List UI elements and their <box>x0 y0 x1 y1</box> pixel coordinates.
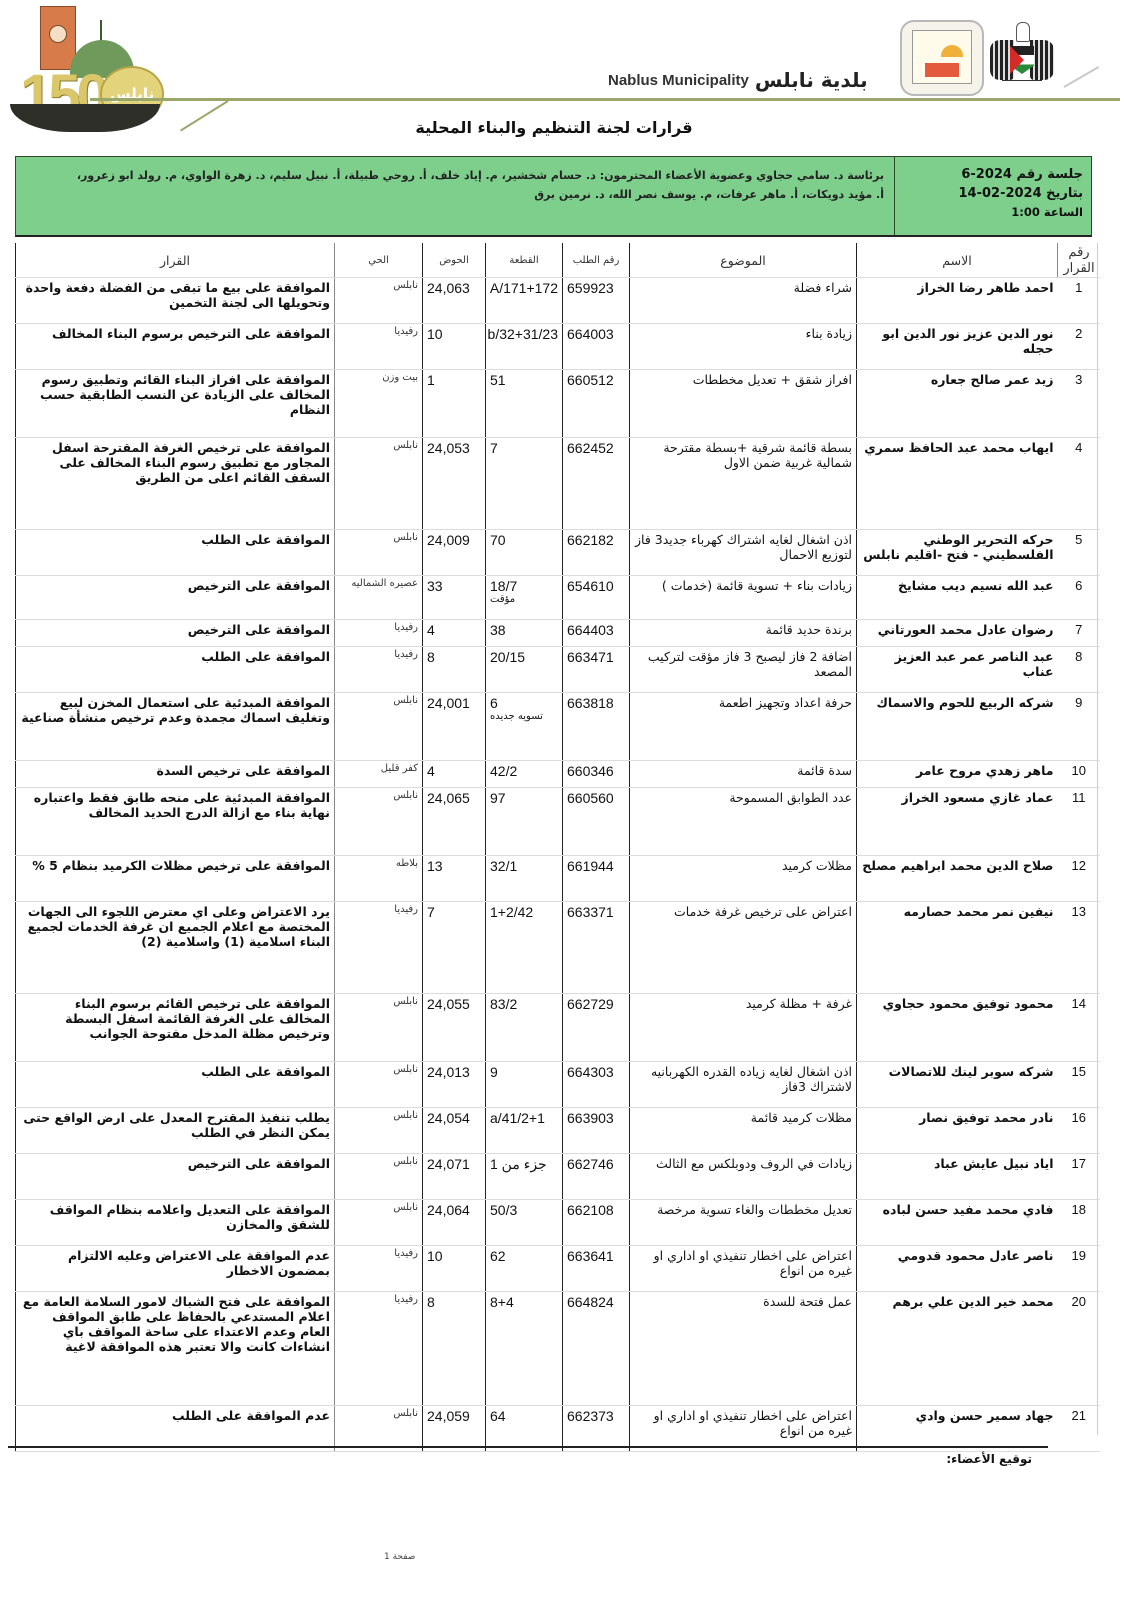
district: نابلس <box>335 1406 423 1452</box>
decision-text: الموافقة على التعديل واعلامه بنظام الموا… <box>16 1200 335 1246</box>
table-row: 3 زيد عمر صالح جعاره افراز شقق + تعديل م… <box>16 370 1101 438</box>
district: نابلس <box>335 788 423 856</box>
table-row: 2 نور الدين عزيز نور الدين ابو حجله زياد… <box>16 324 1101 370</box>
district: نابلس <box>335 530 423 576</box>
decision-number: 6 <box>1058 576 1101 620</box>
decision-text: الموافقة على الترخيص <box>16 1154 335 1200</box>
decision-text: الموافقة على ترخيص السدة <box>16 761 335 788</box>
request-number: 662729 <box>563 994 630 1062</box>
basin: 24,063 <box>423 278 486 324</box>
request-number: 659923 <box>563 278 630 324</box>
request-number: 664303 <box>563 1062 630 1108</box>
decision-text: الموافقة على الترخيص برسوم البناء المخال… <box>16 324 335 370</box>
plot: 7 <box>486 438 563 530</box>
applicant-name: احمد طاهر رضا الخراز <box>857 278 1058 324</box>
applicant-name: نيفين نمر محمد حصارمه <box>857 902 1058 994</box>
plot: a/41/2+1 <box>486 1108 563 1154</box>
plot: 51 <box>486 370 563 438</box>
decision-number: 10 <box>1058 761 1101 788</box>
basin: 13 <box>423 856 486 902</box>
applicant-name: شركه الربيع للحوم والاسماك <box>857 693 1058 761</box>
plot: 62 <box>486 1246 563 1292</box>
subject: زيادات في الروف ودوبلكس مع الثالث <box>630 1154 857 1200</box>
table-row: 12 صلاح الدين محمد ابراهيم مصلح مظلات كر… <box>16 856 1101 902</box>
basin: 24,071 <box>423 1154 486 1200</box>
basin: 24,009 <box>423 530 486 576</box>
applicant-name: جهاد سمير حسن وادي <box>857 1406 1058 1452</box>
basin: 24,001 <box>423 693 486 761</box>
applicant-name: صلاح الدين محمد ابراهيم مصلح <box>857 856 1058 902</box>
request-number: 663818 <box>563 693 630 761</box>
applicant-name: عماد غازي مسعود الخراز <box>857 788 1058 856</box>
district: نابلس <box>335 994 423 1062</box>
anniversary-150-logo: 150 نابلس <box>4 4 164 134</box>
session-members: برئاسة د. سامي حجاوي وعضوية الأعضاء المح… <box>16 157 894 235</box>
subject: اذن اشغال لغايه زياده القدره الكهربانيه … <box>630 1062 857 1108</box>
plot: 32/1 <box>486 856 563 902</box>
subject: غرفة + مظلة كرميد <box>630 994 857 1062</box>
decision-number: 8 <box>1058 647 1101 693</box>
table-body: 1 احمد طاهر رضا الخراز شراء فضلة 659923 … <box>16 278 1101 1452</box>
table-row: 14 محمود توفيق محمود حجاوي غرفة + مظلة ك… <box>16 994 1101 1062</box>
subject: زيادة بناء <box>630 324 857 370</box>
decision-number: 21 <box>1058 1406 1101 1452</box>
col-header-num: رقم القرار <box>1058 243 1101 278</box>
plot: 18/7مؤقت <box>486 576 563 620</box>
decisions-table: رقم القرار الاسم الموضوع رقم الطلب القطع… <box>15 243 1100 1452</box>
decision-number: 13 <box>1058 902 1101 994</box>
subject: اذن اشغال لغايه اشتراك كهرباء جديد3 فاز … <box>630 530 857 576</box>
col-header-name: الاسم <box>857 243 1058 278</box>
subject: مظلات كرميد <box>630 856 857 902</box>
plot: 42/2 <box>486 761 563 788</box>
decision-number: 20 <box>1058 1292 1101 1406</box>
request-number: 663471 <box>563 647 630 693</box>
decision-text: الموافقة على فتح الشباك لامور السلامة ال… <box>16 1292 335 1406</box>
table-row: 6 عبد الله نسيم ديب مشايخ زيادات بناء + … <box>16 576 1101 620</box>
subject: بسطة قائمة شرقية +بسطة مقترحة شمالية غرب… <box>630 438 857 530</box>
request-number: 660346 <box>563 761 630 788</box>
plot: 20/15 <box>486 647 563 693</box>
plot: 64 <box>486 1406 563 1452</box>
palestine-eagle-emblem-icon <box>986 18 1058 90</box>
decision-text: الموافقة على الطلب <box>16 1062 335 1108</box>
district: نابلس <box>335 1154 423 1200</box>
basin: 8 <box>423 1292 486 1406</box>
decision-number: 1 <box>1058 278 1101 324</box>
request-number: 663641 <box>563 1246 630 1292</box>
basin: 24,053 <box>423 438 486 530</box>
applicant-name: حركه التحرير الوطني الفلسطيني - فتح -اقل… <box>857 530 1058 576</box>
request-number: 662182 <box>563 530 630 576</box>
decision-number: 17 <box>1058 1154 1101 1200</box>
request-number: 662108 <box>563 1200 630 1246</box>
plot: 6تسويه جديده <box>486 693 563 761</box>
applicant-name: نور الدين عزيز نور الدين ابو حجله <box>857 324 1058 370</box>
request-number: 654610 <box>563 576 630 620</box>
basin: 24,054 <box>423 1108 486 1154</box>
district: رفيديا <box>335 1292 423 1406</box>
subject: برندة حديد قائمة <box>630 620 857 647</box>
members-line-2: أ. مؤيد دويكات، أ. ماهر عرفات، م. يوسف ن… <box>22 185 884 204</box>
basin: 4 <box>423 620 486 647</box>
decision-number: 9 <box>1058 693 1101 761</box>
municipality-brand: Nablus Municipality بلدية نابلس <box>608 68 868 92</box>
decision-number: 19 <box>1058 1246 1101 1292</box>
applicant-name: فادي محمد مفيد حسن لباده <box>857 1200 1058 1246</box>
plot: 83/2 <box>486 994 563 1062</box>
applicant-name: شركه سوبر لينك للاتصالات <box>857 1062 1058 1108</box>
request-number: 663903 <box>563 1108 630 1154</box>
basin: 10 <box>423 324 486 370</box>
request-number: 660512 <box>563 370 630 438</box>
applicant-name: نادر محمد توفيق نصار <box>857 1108 1058 1154</box>
subject: اضافة 2 فاز ليصبح 3 فاز مؤقت لتركيب المص… <box>630 647 857 693</box>
subject: تعديل مخططات والغاء تسوية مرخصة <box>630 1200 857 1246</box>
district: نابلس <box>335 1108 423 1154</box>
basin: 1 <box>423 370 486 438</box>
decision-number: 7 <box>1058 620 1101 647</box>
session-time: الساعة 1:00 <box>901 203 1083 222</box>
district: بلاطه <box>335 856 423 902</box>
decision-text: عدم الموافقة على الاعتراض وعليه الالتزام… <box>16 1246 335 1292</box>
subject: اعتراض على ترخيص غرفة خدمات <box>630 902 857 994</box>
table-row: 18 فادي محمد مفيد حسن لباده تعديل مخططات… <box>16 1200 1101 1246</box>
applicant-name: زيد عمر صالح جعاره <box>857 370 1058 438</box>
brand-arabic: بلدية نابلس <box>755 68 868 92</box>
clock-tower-icon <box>40 6 76 70</box>
subject: افراز شقق + تعديل مخططات <box>630 370 857 438</box>
district: رفيديا <box>335 902 423 994</box>
district: رفيديا <box>335 647 423 693</box>
decision-number: 14 <box>1058 994 1101 1062</box>
decision-text: الموافقة المبدئية على منحه طابق فقط واعت… <box>16 788 335 856</box>
applicant-name: محمد خير الدين علي برهم <box>857 1292 1058 1406</box>
decision-number: 3 <box>1058 370 1101 438</box>
col-header-request: رقم الطلب <box>563 243 630 278</box>
decision-text: الموافقة على ترخيص الغرفة المقترحة اسفل … <box>16 438 335 530</box>
signature-divider <box>8 1446 1048 1448</box>
request-number: 663371 <box>563 902 630 994</box>
decision-text: الموافقة على الترخيص <box>16 576 335 620</box>
basin: 33 <box>423 576 486 620</box>
session-info-box: جلسة رقم 2024-6 بتاريخ 2024-02-14 الساعة… <box>15 156 1092 237</box>
plot: 9 <box>486 1062 563 1108</box>
decision-number: 11 <box>1058 788 1101 856</box>
page-number: صفحة 1 <box>384 1552 415 1562</box>
decision-number: 15 <box>1058 1062 1101 1108</box>
col-header-decision: القرار <box>16 243 335 278</box>
subject: عدد الطوابق المسموحة <box>630 788 857 856</box>
decision-text: عدم الموافقة على الطلب <box>16 1406 335 1452</box>
table-row: 21 جهاد سمير حسن وادي اعتراض على اخطار ت… <box>16 1406 1101 1452</box>
plot: 38 <box>486 620 563 647</box>
table-row: 10 ماهر زهدي مروح عامر سدة قائمة 660346 … <box>16 761 1101 788</box>
brand-english: Nablus Municipality <box>608 72 749 89</box>
basin: 24,059 <box>423 1406 486 1452</box>
decision-text: الموافقة على ترخيص القائم برسوم البناء ا… <box>16 994 335 1062</box>
plot: 8+4 <box>486 1292 563 1406</box>
header-divider <box>90 98 1120 101</box>
request-number: 664003 <box>563 324 630 370</box>
applicant-name: ناصر عادل محمود قدومي <box>857 1246 1058 1292</box>
basin: 7 <box>423 902 486 994</box>
decision-number: 2 <box>1058 324 1101 370</box>
table-row: 5 حركه التحرير الوطني الفلسطيني - فتح -ا… <box>16 530 1101 576</box>
table-row: 4 ايهاب محمد عبد الحافظ سمري بسطة قائمة … <box>16 438 1101 530</box>
subject: سدة قائمة <box>630 761 857 788</box>
decision-number: 18 <box>1058 1200 1101 1246</box>
applicant-name: اياد نبيل عايش عباد <box>857 1154 1058 1200</box>
col-header-basin: الحوض <box>423 243 486 278</box>
session-meta: جلسة رقم 2024-6 بتاريخ 2024-02-14 الساعة… <box>894 157 1091 235</box>
table-row: 7 رضوان عادل محمد العورتاني برندة حديد ق… <box>16 620 1101 647</box>
basin: 24,064 <box>423 1200 486 1246</box>
table-row: 8 عبد الناصر عمر عبد العزيز عناب اضافة 2… <box>16 647 1101 693</box>
session-number: جلسة رقم 2024-6 <box>901 165 1083 184</box>
decision-text: الموافقة المبدئية على استعمال المخزن لبي… <box>16 693 335 761</box>
decision-text: الموافقة على الطلب <box>16 647 335 693</box>
request-number: 664824 <box>563 1292 630 1406</box>
subject: اعتراض على اخطار تنفيذي او اداري او غيره… <box>630 1246 857 1292</box>
session-date: بتاريخ 2024-02-14 <box>901 184 1083 203</box>
plot: A/171+172 <box>486 278 563 324</box>
subject: زيادات بناء + تسوية قائمة (خدمات ) <box>630 576 857 620</box>
table-row: 19 ناصر عادل محمود قدومي اعتراض على اخطا… <box>16 1246 1101 1292</box>
plot: 70 <box>486 530 563 576</box>
subject: مظلات كرميد قائمة <box>630 1108 857 1154</box>
decision-text: الموافقة على ترخيص مظلات الكرميد بنظام 5… <box>16 856 335 902</box>
plot: 50/3 <box>486 1200 563 1246</box>
table-row: 20 محمد خير الدين علي برهم عمل فتحة للسد… <box>16 1292 1101 1406</box>
applicant-name: محمود توفيق محمود حجاوي <box>857 994 1058 1062</box>
col-header-district: الحي <box>335 243 423 278</box>
request-number: 660560 <box>563 788 630 856</box>
decision-text: يرد الاعتراض وعلى اي معترض اللجوء الى ال… <box>16 902 335 994</box>
applicant-name: ماهر زهدي مروح عامر <box>857 761 1058 788</box>
table-row: 16 نادر محمد توفيق نصار مظلات كرميد قائم… <box>16 1108 1101 1154</box>
subject: اعتراض على اخطار تنفيذي او اداري او غيره… <box>630 1406 857 1452</box>
district: رفيديا <box>335 324 423 370</box>
plot: 1+2/42 <box>486 902 563 994</box>
request-number: 662373 <box>563 1406 630 1452</box>
district: رفيديا <box>335 1246 423 1292</box>
document-title: قرارات لجنة التنظيم والبناء المحلية <box>0 118 1124 137</box>
basin: 4 <box>423 761 486 788</box>
col-header-subject: الموضوع <box>630 243 857 278</box>
basin: 24,065 <box>423 788 486 856</box>
decision-number: 5 <box>1058 530 1101 576</box>
basin: 10 <box>423 1246 486 1292</box>
district: عصيره الشماليه <box>335 576 423 620</box>
district: نابلس <box>335 693 423 761</box>
district: نابلس <box>335 438 423 530</box>
decision-number: 4 <box>1058 438 1101 530</box>
district: كفر قليل <box>335 761 423 788</box>
col-header-plot: القطعة <box>486 243 563 278</box>
district: رفيديا <box>335 620 423 647</box>
table-row: 9 شركه الربيع للحوم والاسماك حرفة اعداد … <box>16 693 1101 761</box>
basin: 24,013 <box>423 1062 486 1108</box>
district: نابلس <box>335 1200 423 1246</box>
district: بيت وزن <box>335 370 423 438</box>
district: نابلس <box>335 1062 423 1108</box>
header-divider-accent <box>1064 66 1100 88</box>
table-row: 1 احمد طاهر رضا الخراز شراء فضلة 659923 … <box>16 278 1101 324</box>
applicant-name: عبد الله نسيم ديب مشايخ <box>857 576 1058 620</box>
plot: b/32+31/23 <box>486 324 563 370</box>
subject: عمل فتحة للسدة <box>630 1292 857 1406</box>
table-row: 15 شركه سوبر لينك للاتصالات اذن اشغال لغ… <box>16 1062 1101 1108</box>
decision-text: الموافقة على الطلب <box>16 530 335 576</box>
signature-label: توقيع الأعضاء: <box>946 1452 1032 1466</box>
applicant-name: عبد الناصر عمر عبد العزيز عناب <box>857 647 1058 693</box>
table-header-row: رقم القرار الاسم الموضوع رقم الطلب القطع… <box>16 243 1101 278</box>
decision-text: الموافقة على افراز البناء القائم وتطبيق … <box>16 370 335 438</box>
decision-number: 12 <box>1058 856 1101 902</box>
subject: حرفة اعداد وتجهيز اطعمة <box>630 693 857 761</box>
decision-text: الموافقة على بيع ما تبقى من الفضلة دفعة … <box>16 278 335 324</box>
request-number: 662746 <box>563 1154 630 1200</box>
basin: 8 <box>423 647 486 693</box>
table-row: 11 عماد غازي مسعود الخراز عدد الطوابق ال… <box>16 788 1101 856</box>
table-row: 13 نيفين نمر محمد حصارمه اعتراض على ترخي… <box>16 902 1101 994</box>
applicant-name: ايهاب محمد عبد الحافظ سمري <box>857 438 1058 530</box>
table-row: 17 اياد نبيل عايش عباد زيادات في الروف و… <box>16 1154 1101 1200</box>
subject: شراء فضلة <box>630 278 857 324</box>
decision-number: 16 <box>1058 1108 1101 1154</box>
members-line-1: برئاسة د. سامي حجاوي وعضوية الأعضاء المح… <box>22 166 884 185</box>
district: نابلس <box>335 278 423 324</box>
plot: 97 <box>486 788 563 856</box>
plot: جزء من 1 <box>486 1154 563 1200</box>
minaret-icon <box>100 20 102 42</box>
request-number: 661944 <box>563 856 630 902</box>
request-number: 664403 <box>563 620 630 647</box>
request-number: 662452 <box>563 438 630 530</box>
decision-text: يطلب تنفيذ المقترح المعدل على ارض الواقع… <box>16 1108 335 1154</box>
basin: 24,055 <box>423 994 486 1062</box>
decision-text: الموافقة على الترخيص <box>16 620 335 647</box>
nablus-municipality-emblem-icon <box>900 20 984 96</box>
applicant-name: رضوان عادل محمد العورتاني <box>857 620 1058 647</box>
